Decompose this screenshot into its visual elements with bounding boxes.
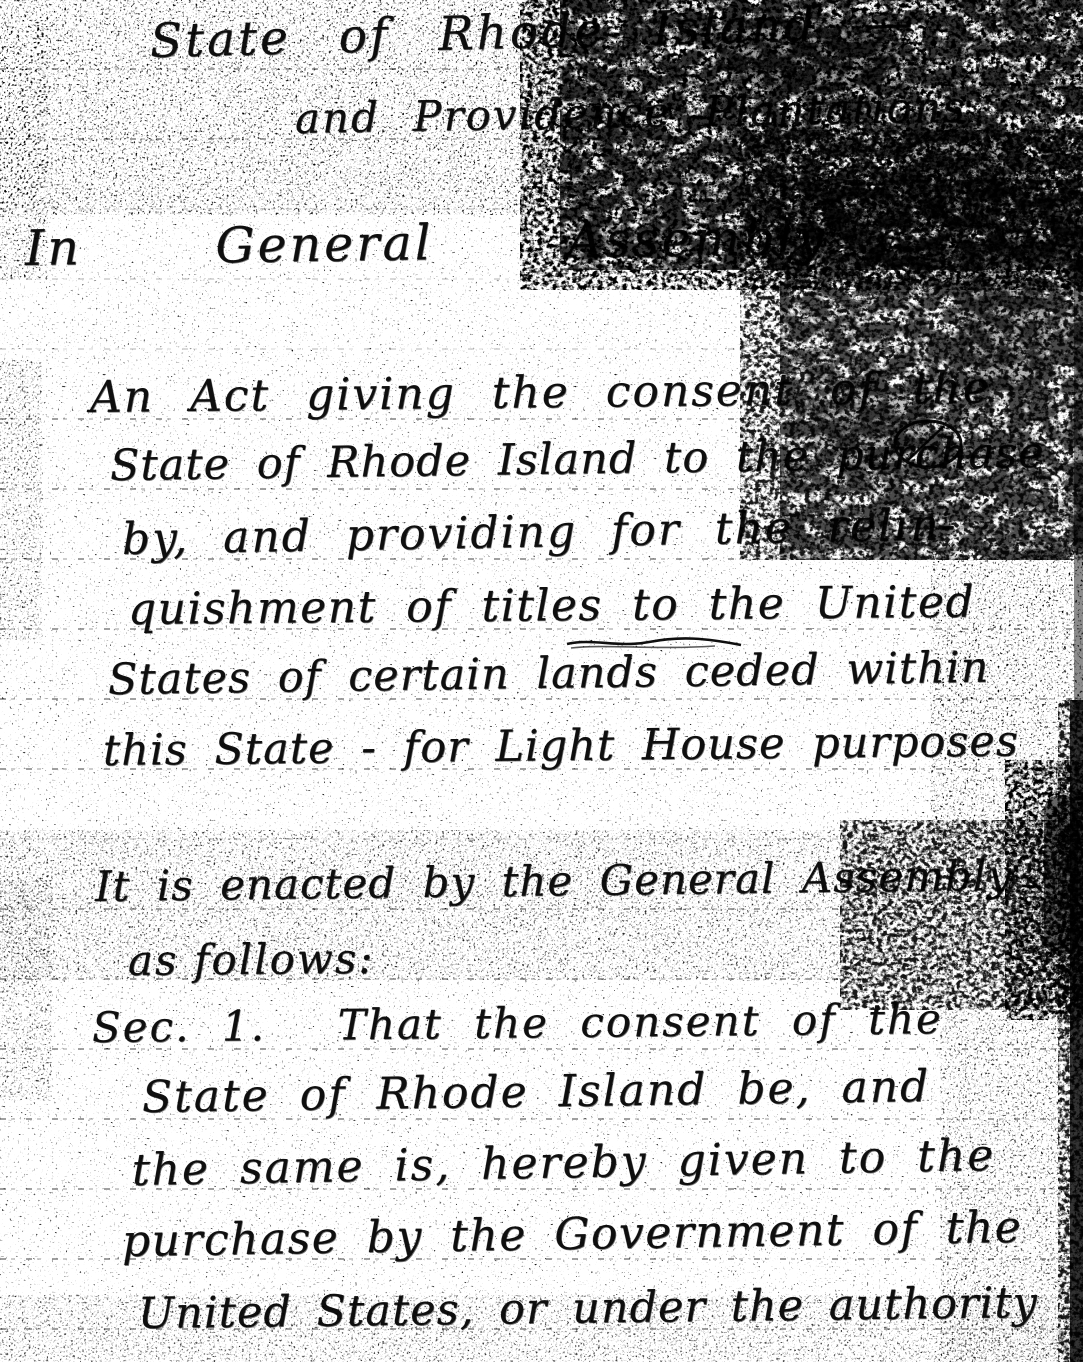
underline-mark <box>565 630 745 654</box>
section-1-number: Sec. 1. <box>92 1001 266 1052</box>
heading-state-line: State of Rhode Island — <box>149 0 915 69</box>
ruled-line <box>0 348 1083 350</box>
section-1-text: That the consent of the <box>338 994 943 1049</box>
section-1-line-3: the same is, hereby given to the <box>132 1130 996 1196</box>
section-1-line-2: State of Rhode Island be, and <box>142 1061 931 1123</box>
ruled-line <box>0 208 1083 210</box>
act-title-line-4: quishment of titles to the United <box>128 577 976 635</box>
act-title-line-3: by, and providing for the relin- <box>122 499 958 565</box>
act-title-line-1: An Act giving the consent of the <box>90 363 991 423</box>
heading-plantations-line: and Providence Plantations <box>295 82 967 143</box>
enacting-clause-line-1: It is enacted by the General Assembly <box>95 851 1013 911</box>
ruled-line <box>0 278 1083 280</box>
act-title-line-6: this State - for Light House purposes <box>103 716 1019 776</box>
ruled-line <box>0 838 1083 840</box>
act-title-line-5: States of certain lands ceded within <box>108 643 990 705</box>
section-1-line-1: Sec. 1.That the consent of the <box>92 994 943 1052</box>
heading-general-assembly-line: In General Assembly <box>25 209 828 277</box>
enacting-clause-line-2: as follows: <box>128 934 375 985</box>
circled-annotation-mark <box>890 416 968 474</box>
scanned-document-page: State of Rhode Island — and Providence P… <box>0 0 1083 1362</box>
